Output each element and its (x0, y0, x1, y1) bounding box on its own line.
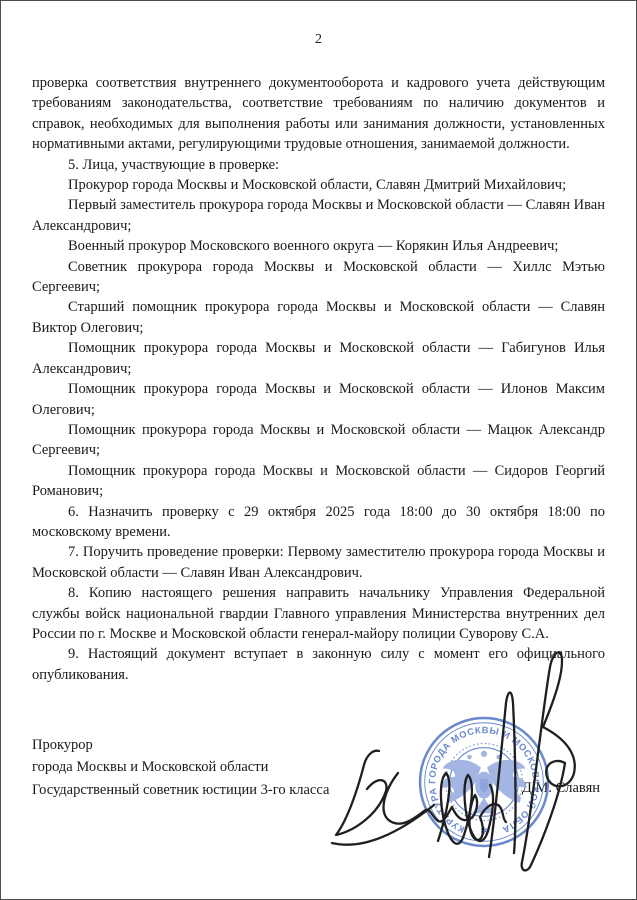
paragraph: Военный прокурор Московского военного ок… (32, 236, 605, 256)
paragraph: 6. Назначить проверку с 29 октября 2025 … (32, 502, 605, 543)
official-stamp-icon: ПРОКУРАТУРА ГОРОДА МОСКВЫ И МОСКОВСКОЙ О… (406, 704, 562, 860)
paragraph: 5. Лица, участвующие в проверке: (32, 155, 605, 175)
document-body: проверка соответствия внутреннего докуме… (32, 73, 605, 685)
stamp-separator-icon: ✱ (480, 827, 488, 837)
paragraph: Прокурор города Москвы и Московской обла… (32, 175, 605, 195)
paragraph: 8. Копию настоящего решения направить на… (32, 583, 605, 644)
paragraph: Помощник прокурора города Москвы и Моско… (32, 420, 605, 461)
paragraph: Помощник прокурора города Москвы и Моско… (32, 338, 605, 379)
paragraph: Советник прокурора города Москвы и Моско… (32, 257, 605, 298)
document-page: 2 проверка соответствия внутреннего доку… (0, 0, 637, 900)
paragraph: Помощник прокурора города Москвы и Моско… (32, 461, 605, 502)
page-number: 2 (1, 32, 636, 48)
double-headed-eagle-icon (441, 751, 526, 813)
paragraph: проверка соответствия внутреннего докуме… (32, 73, 605, 155)
paragraph: 9. Настоящий документ вступает в законну… (32, 644, 605, 685)
paragraph: Первый заместитель прокурора города Моск… (32, 195, 605, 236)
paragraph: Старший помощник прокурора города Москвы… (32, 297, 605, 338)
paragraph: 7. Поручить проведение проверки: Первому… (32, 542, 605, 583)
paragraph: Помощник прокурора города Москвы и Моско… (32, 379, 605, 420)
